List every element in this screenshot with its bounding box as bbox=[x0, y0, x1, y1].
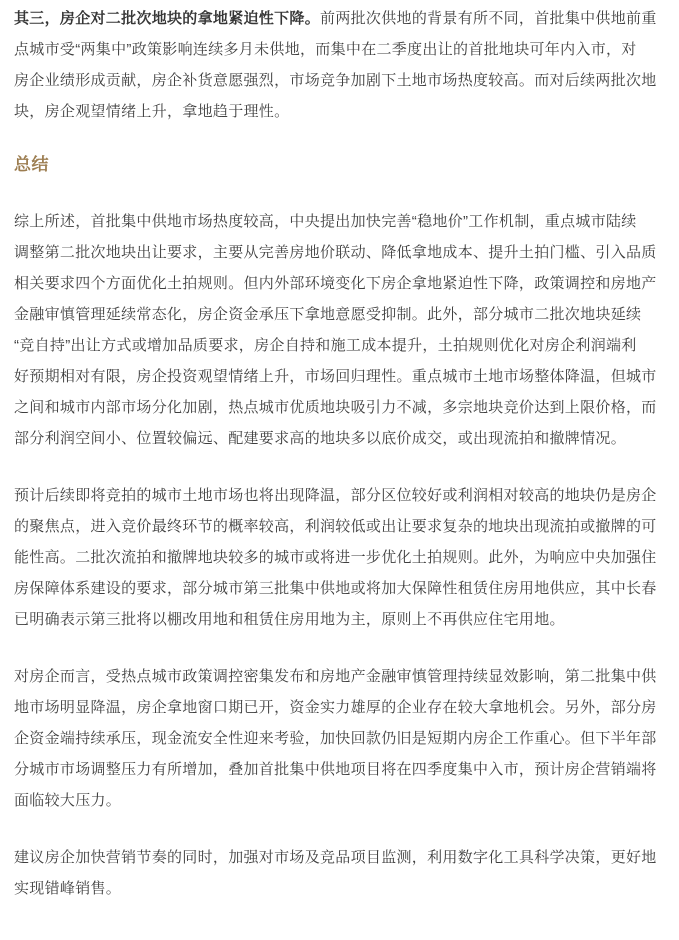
paragraph-intro-lead: 其三，房企对二批次地块的拿地紧迫性下降。 bbox=[14, 10, 320, 27]
article-page: 其三，房企对二批次地块的拿地紧迫性下降。前两批次供地的背景有所不同，首批集中供地… bbox=[0, 0, 679, 940]
section-heading-summary: 总结 bbox=[14, 153, 665, 177]
paragraph-summary-advice: 建议房企加快营销节奏的同时，加强对市场及竞品项目监测，利用数字化工具科学决策，更… bbox=[14, 842, 665, 904]
paragraph-summary-developers: 对房企而言，受热点城市政策调控密集发布和房地产金融审慎管理持续显效影响，第二批集… bbox=[14, 661, 665, 816]
paragraph-summary-forecast-text: 预计后续即将竞拍的城市土地市场也将出现降温，部分区位较好或利润相对较高的地块仍是… bbox=[14, 487, 657, 628]
paragraph-summary-developers-text: 对房企而言，受热点城市政策调控密集发布和房地产金融审慎管理持续显效影响，第二批集… bbox=[14, 668, 657, 809]
paragraph-summary-overview-text: 综上所述，首批集中供地市场热度较高，中央提出加快完善“稳地价”工作机制，重点城市… bbox=[14, 213, 657, 447]
paragraph-summary-overview: 综上所述，首批集中供地市场热度较高，中央提出加快完善“稳地价”工作机制，重点城市… bbox=[14, 206, 665, 454]
paragraph-intro: 其三，房企对二批次地块的拿地紧迫性下降。前两批次供地的背景有所不同，首批集中供地… bbox=[14, 3, 665, 127]
paragraph-summary-advice-text: 建议房企加快营销节奏的同时，加强对市场及竞品项目监测，利用数字化工具科学决策，更… bbox=[14, 849, 657, 897]
paragraph-summary-forecast: 预计后续即将竞拍的城市土地市场也将出现降温，部分区位较好或利润相对较高的地块仍是… bbox=[14, 480, 665, 635]
